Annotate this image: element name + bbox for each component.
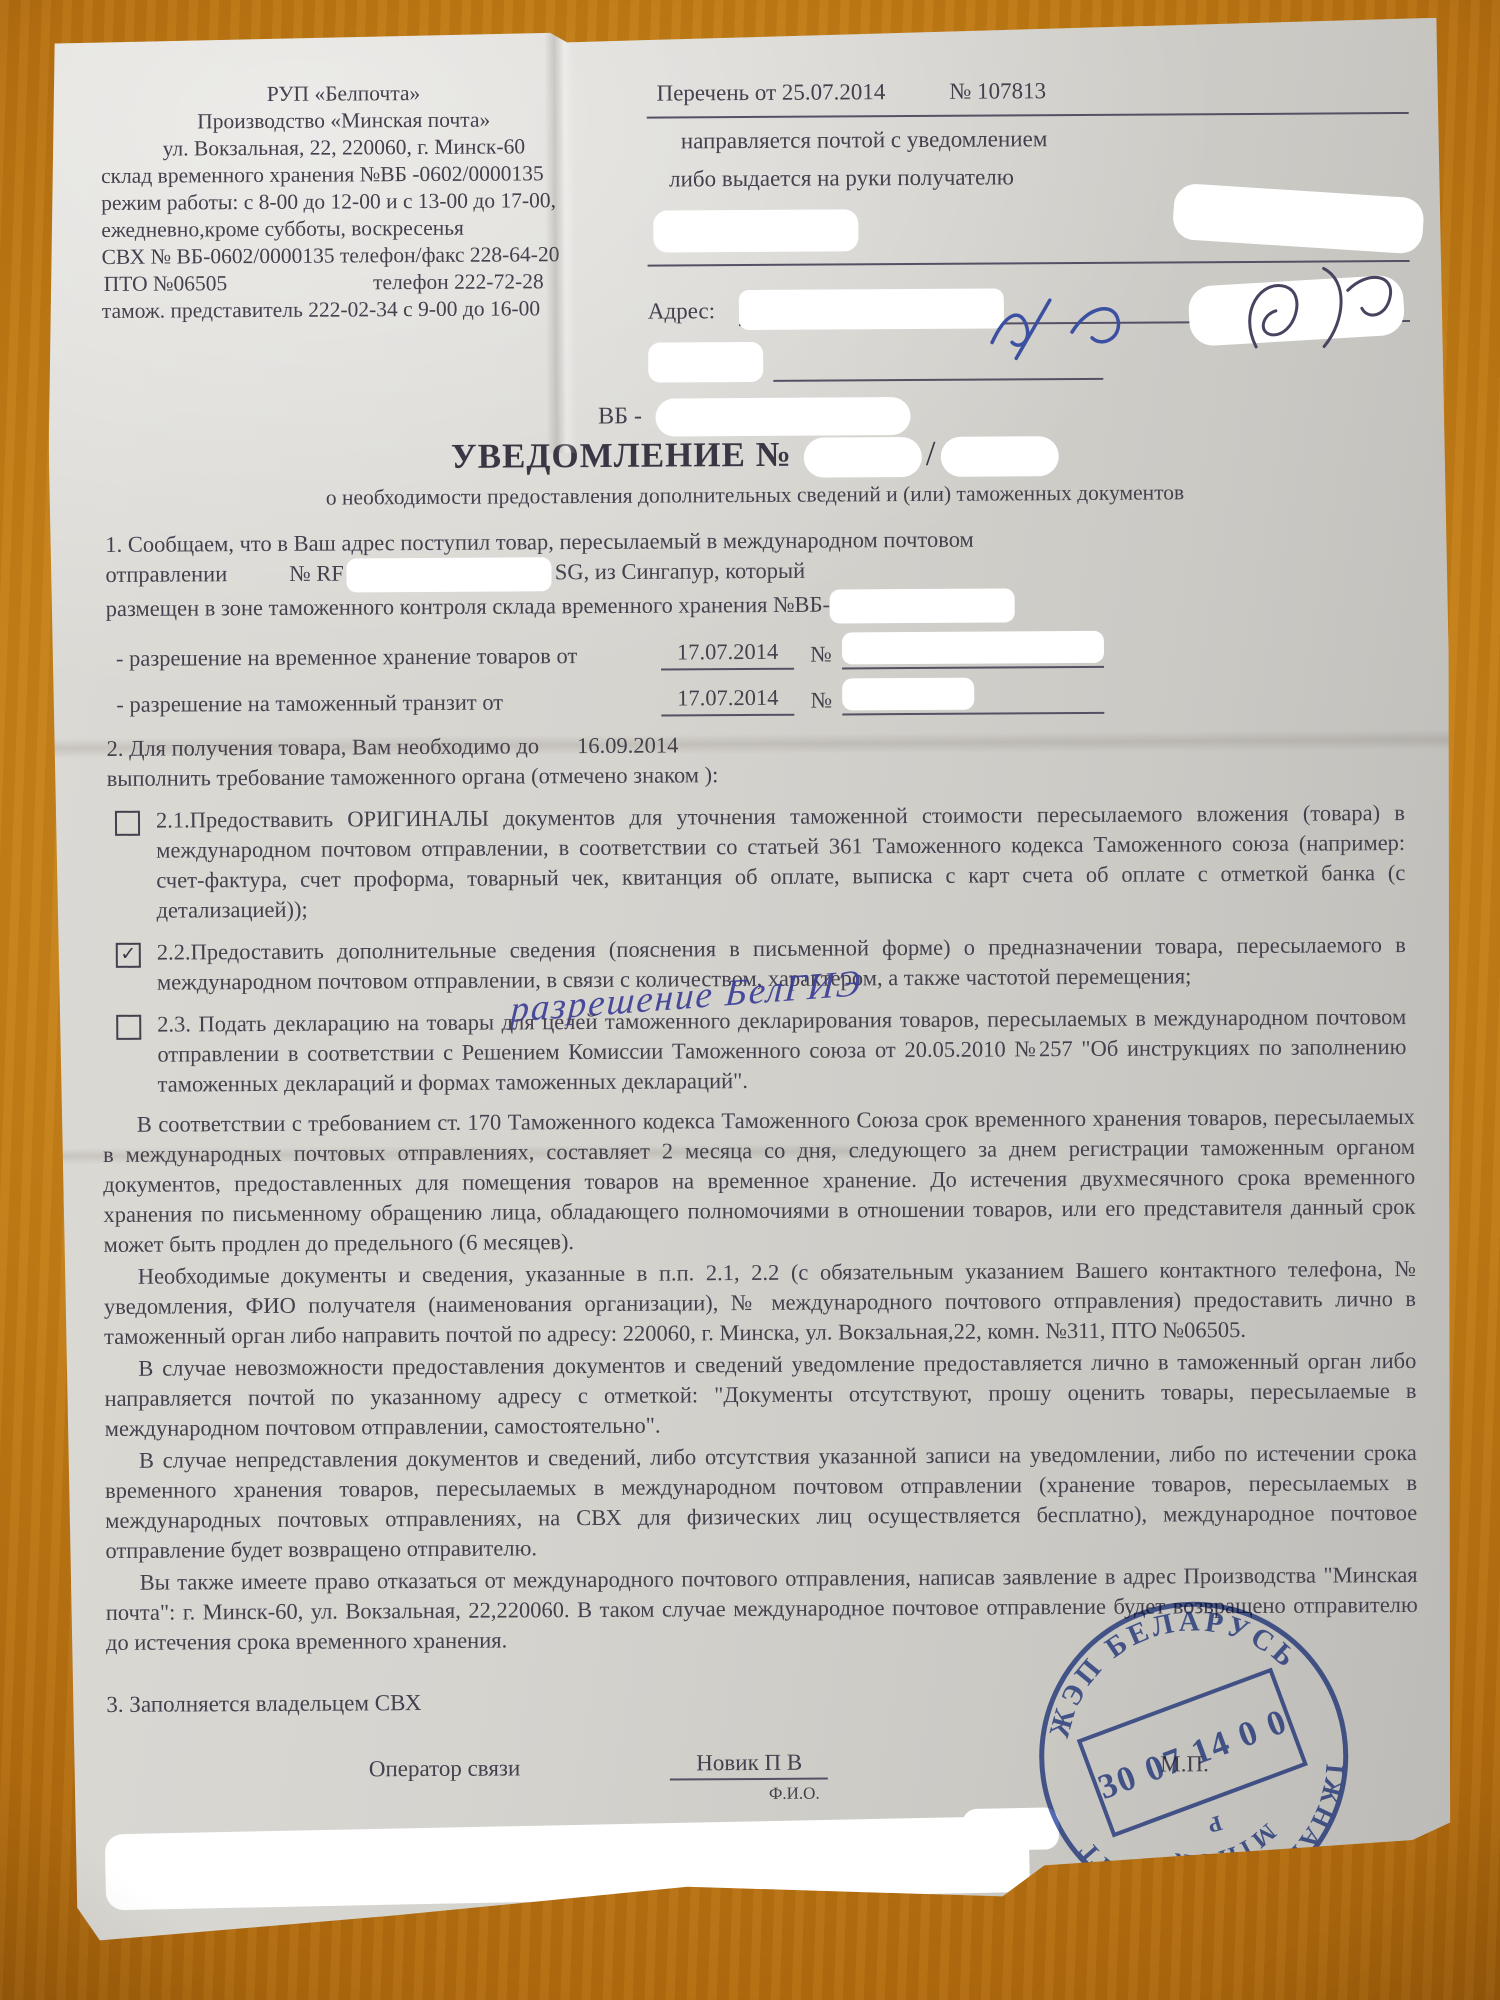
section-1: 1. Сообщаем, что в Ваш адрес поступил то… <box>99 522 1412 720</box>
section-2: 2. Для получения товара, Вам необходимо … <box>100 726 1414 1100</box>
sender-svh-phone: СВХ № ВБ-0602/0000135 телефон/факс 228-6… <box>97 241 591 271</box>
sender-pto-row: ПТО №06505 телефон 222-72-28 <box>98 268 592 298</box>
sender-warehouse: склад временного хранения №ВБ -0602/0000… <box>97 160 591 190</box>
transit-permission-date: 17.07.2014 <box>661 683 794 717</box>
s1-tracking-prefix: № RF <box>289 561 344 586</box>
sender-customs-rep: тамож. представитель 222-02-34 с 9-00 до… <box>98 295 592 325</box>
stamp-date-box: 30 07 14 0 0 <box>1079 1670 1305 1835</box>
redaction-block <box>656 397 911 437</box>
redaction-block <box>653 209 858 252</box>
checkbox-2-2: ✓ <box>116 943 141 968</box>
requirement-item-2-3: 2.3. Подать декларацию на товары для цел… <box>102 1002 1415 1100</box>
sender-org: РУП «Белпочта» <box>96 79 590 109</box>
stamp-letter: Р <box>1205 1811 1225 1839</box>
checkbox-2-3 <box>116 1015 141 1040</box>
list-label: Перечень от 25.07.2014 <box>656 77 885 108</box>
redaction-block <box>804 437 922 478</box>
sender-pto: ПТО №06505 <box>104 270 228 298</box>
redaction-block <box>1172 183 1425 255</box>
title-text: УВЕДОМЛЕНИЕ № <box>451 435 792 476</box>
sender-info-block: РУП «Белпочта» Производство «Минская поч… <box>96 79 592 386</box>
list-date-line: Перечень от 25.07.2014 № 107813 <box>646 74 1408 119</box>
s2-intro-text: 2. Для получения товара, Вам необходимо … <box>106 731 539 764</box>
paragraph: Необходимые документы и сведения, указан… <box>104 1254 1417 1352</box>
redaction-block <box>842 631 1104 665</box>
vb-prefix: ВБ - <box>598 403 642 429</box>
storage-permission-date: 17.07.2014 <box>661 637 794 671</box>
delivery-method-line1: направляется почтой с уведомлением <box>647 122 1409 157</box>
requirement-text-2-3: 2.3. Подать декларацию на товары для цел… <box>157 1002 1415 1100</box>
requirement-text-2-1: 2.1.Предоствавить ОРИГИНАЛЫ документов д… <box>156 798 1414 926</box>
redaction-block <box>739 288 1004 330</box>
title-separator: / <box>926 434 937 473</box>
address-label: Адрес: <box>648 296 715 326</box>
checkbox-2-1 <box>115 811 140 836</box>
page-title: УВЕДОМЛЕНИЕ №/ <box>99 434 1411 482</box>
list-number: № 107813 <box>949 76 1046 107</box>
s1-tracking-suffix: SG, из Сингапур, который <box>555 558 805 585</box>
handwritten-marks-address <box>976 271 1177 372</box>
requirement-item-2-1: 2.1.Предоствавить ОРИГИНАЛЫ документов д… <box>101 798 1414 926</box>
sender-pto-phone: телефон 222-72-28 <box>373 268 544 296</box>
transit-permission-line: - разрешение на таможенный транзит от 17… <box>100 674 1412 720</box>
paragraph: В соответствии с требованием ст. 170 Там… <box>103 1102 1416 1260</box>
storage-permission-line: - разрешение на временное хранение товар… <box>100 628 1412 674</box>
handwritten-marks-top-right <box>1228 250 1429 371</box>
document-paper: РУП «Белпочта» Производство «Минская поч… <box>46 18 1458 1951</box>
vb-number-line: ВБ - <box>98 394 1410 440</box>
transit-permission-number <box>842 676 1104 716</box>
sender-hours: режим работы: с 8-00 до 12-00 и с 13-00 … <box>97 187 591 217</box>
sender-days: ежедневно,кроме субботы, воскресенья <box>97 214 591 244</box>
paragraph: В случае непредставления документов и св… <box>105 1438 1418 1566</box>
redaction-block <box>347 557 552 592</box>
sender-production: Производство «Минская почта» <box>97 106 591 136</box>
requirement-items: 2.1.Предоствавить ОРИГИНАЛЫ документов д… <box>101 798 1415 1100</box>
sender-address: ул. Вокзальная, 22, 220060, г. Минск-60 <box>97 133 591 163</box>
photo-scene: РУП «Белпочта» Производство «Минская поч… <box>0 0 1500 2000</box>
operator-label: Оператор связи <box>369 1755 521 1782</box>
stamp-date: 30 07 14 0 0 <box>1093 1701 1293 1807</box>
s1-line3-text: размещен в зоне таможенного контроля скл… <box>106 592 830 621</box>
s1-line2-label: отправлении <box>105 561 227 587</box>
redaction-block <box>842 677 974 710</box>
redaction-block <box>940 436 1058 477</box>
transit-permission-no-sign: № <box>810 686 832 716</box>
requirement-text-2-2: 2.2.Предоставить дополнительные сведения… <box>157 930 1414 998</box>
storage-permission-no-sign: № <box>810 640 832 670</box>
redaction-block <box>830 588 1015 623</box>
transit-permission-label: - разрешение на таможенный транзит от <box>116 687 661 720</box>
s2-deadline: 16.09.2014 <box>577 730 678 761</box>
redaction-block <box>648 342 763 383</box>
operator-name: Новик П В <box>670 1750 828 1781</box>
s1-line3: размещен в зоне таможенного контроля скл… <box>100 586 1412 628</box>
paragraph: В случае невозможности предоставления до… <box>104 1346 1417 1444</box>
requirement-item-2-2: ✓ 2.2.Предоставить дополнительные сведен… <box>102 930 1414 998</box>
document-header: РУП «Белпочта» Производство «Минская поч… <box>96 74 1410 386</box>
storage-permission-number <box>842 630 1104 670</box>
page-subtitle: о необходимости предоставления дополните… <box>99 476 1411 514</box>
storage-permission-label: - разрешение на временное хранение товар… <box>116 641 661 674</box>
